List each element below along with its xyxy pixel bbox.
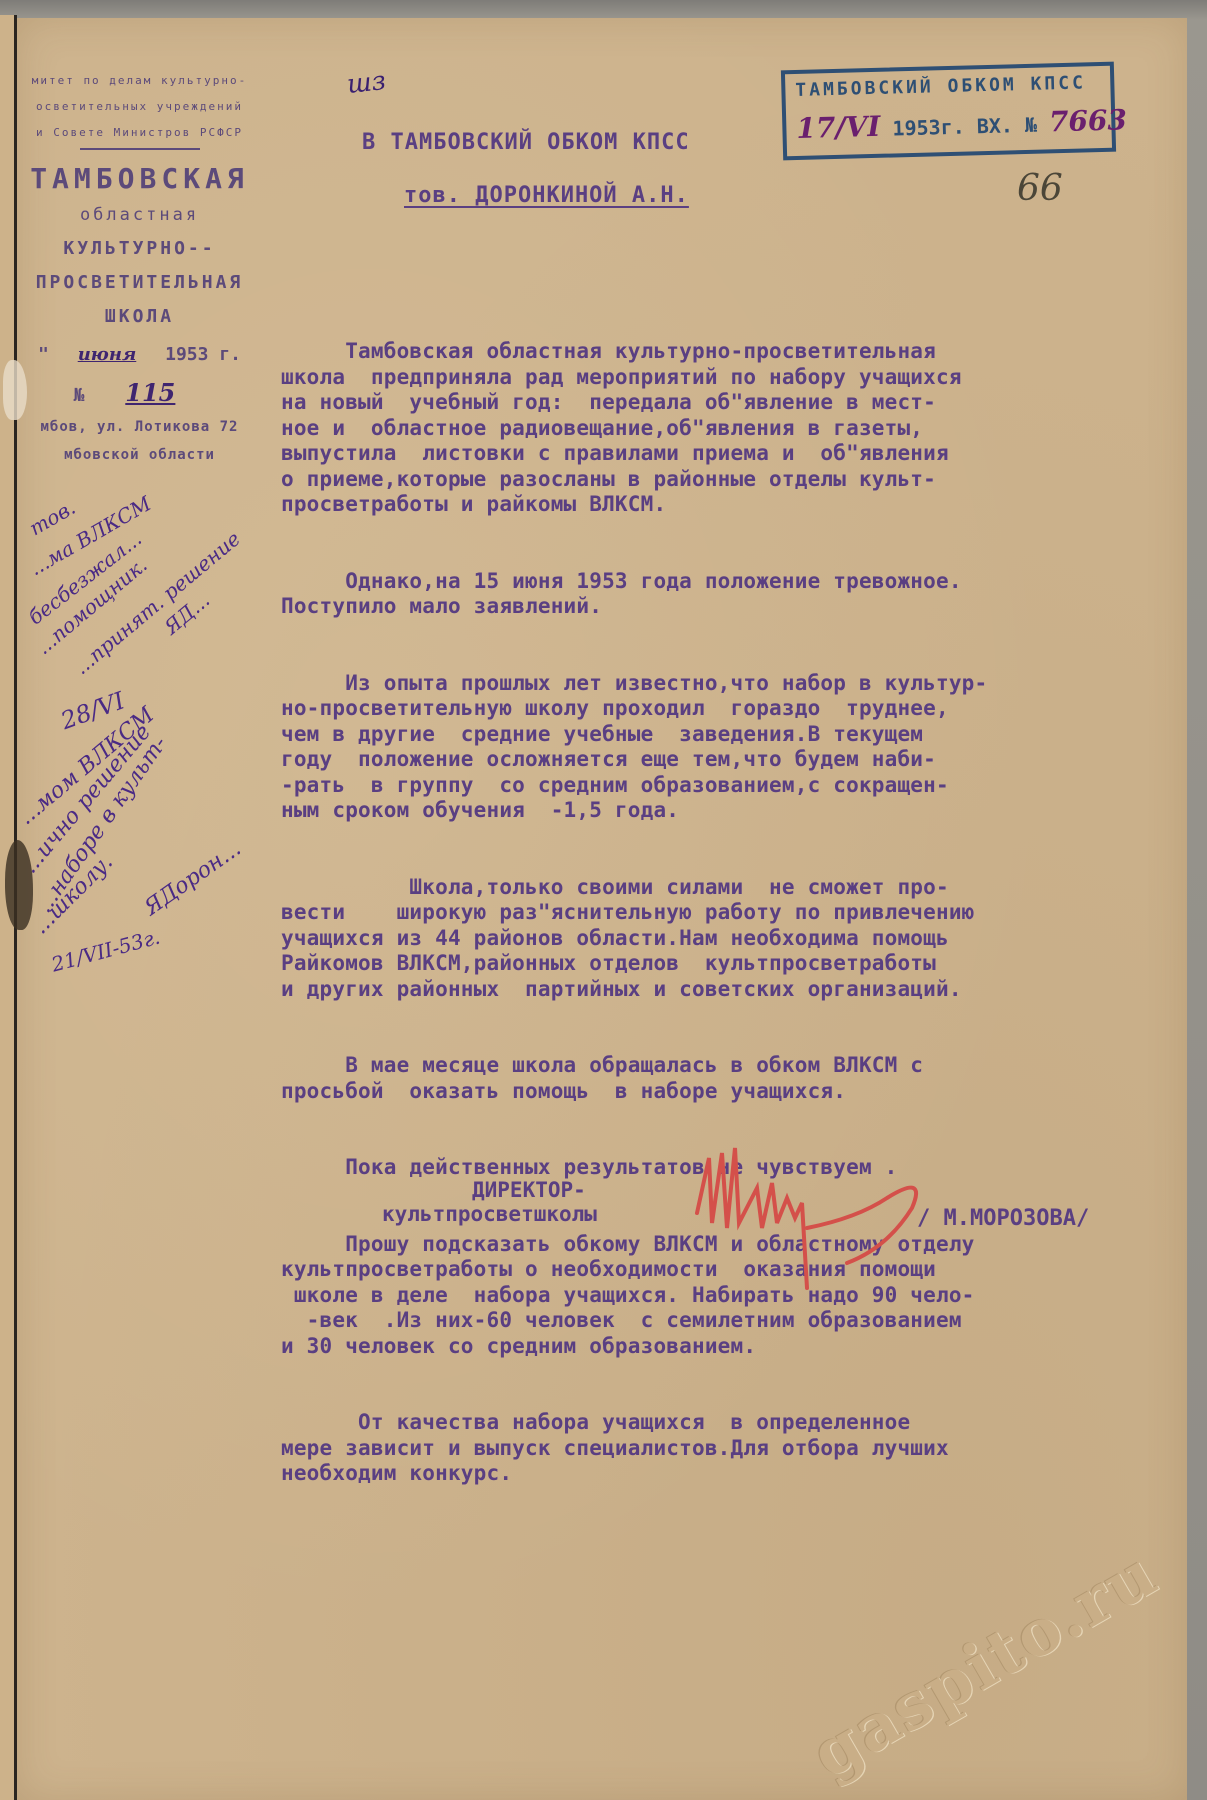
archive-page-number: 66: [1017, 168, 1063, 209]
addressee-line-1: В ТАМБОВСКИЙ ОБКОМ КПСС: [362, 130, 690, 155]
stamp-org-line: ШКОЛА: [17, 300, 262, 334]
embossed-watermark: gaspito.ru: [800, 1536, 1171, 1793]
incoming-label: ВХ. №: [976, 113, 1037, 139]
paragraph: От качества набора учащихся в определенн…: [281, 1410, 1201, 1487]
addressee-line-2: тов. ДОРОНКИНОЙ А.Н.: [404, 183, 689, 208]
margin-note-line: ЯДорон...: [140, 836, 246, 921]
outgoing-number-handwritten: 115: [95, 378, 205, 407]
stamp-line: и Совете Министров РСФСР: [17, 120, 262, 146]
letter-body: Тамбовская областная культурно-просветит…: [281, 288, 1201, 1538]
date-month-handwritten: июня: [60, 344, 155, 365]
stamp-address: мбов, ул. Лотикова 72: [17, 413, 262, 441]
margin-note-date: 21/VII-53г.: [49, 925, 163, 977]
stamp-date: " июня 1953 г.: [17, 338, 262, 372]
signature-block: ДИРЕКТОР- культпросветшколы: [382, 1178, 597, 1226]
stamp-divider: [80, 148, 200, 150]
stamp-org-line: областная: [17, 198, 262, 232]
paragraph: Однако,на 15 июня 1953 года положение тр…: [281, 569, 1201, 620]
stamp-address: мбовской области: [17, 441, 262, 469]
registration-stamp-details: 17/VI 1953г. ВХ. № 7663: [796, 103, 1127, 145]
incoming-number-handwritten: 7663: [1049, 103, 1128, 138]
stamp-line: митет по делам культурно-: [17, 68, 262, 94]
registration-stamp: ТАМБОВСКИЙ ОБКОМ КПСС 17/VI 1953г. ВХ. №…: [781, 62, 1116, 161]
handwritten-corner-mark: шз: [346, 66, 388, 100]
paragraph: Школа,только своими силами не сможет про…: [281, 875, 1201, 1003]
stamp-number: № 115: [17, 376, 262, 413]
document-page: митет по делам культурно- осветительных …: [17, 18, 1187, 1800]
signatory-title-line-1: ДИРЕКТОР-: [382, 1178, 597, 1202]
paragraph: В мае месяце школа обращалась в обком ВЛ…: [281, 1053, 1201, 1104]
stamp-org-name: ТАМБОВСКАЯ: [17, 160, 262, 198]
registration-date-handwritten: 17/VI: [796, 110, 881, 145]
registration-year: 1953г.: [892, 115, 965, 141]
number-label: №: [74, 385, 85, 406]
stamp-org-line: ПРОСВЕТИТЕЛЬНАЯ: [17, 266, 262, 300]
date-year: 1953 г.: [165, 344, 241, 365]
signatory-name: / М.МОРОЗОВА/: [917, 1206, 1089, 1231]
stamp-line: осветительных учреждений: [17, 94, 262, 120]
sender-stamp: митет по делам культурно- осветительных …: [17, 68, 262, 469]
signatory-title-line-2: культпросветшколы: [382, 1202, 597, 1226]
stamp-org-line: КУЛЬТУРНО--: [17, 232, 262, 266]
paragraph: Из опыта прошлых лет известно,что набор …: [281, 671, 1201, 824]
date-quote: ": [38, 344, 49, 365]
paragraph: Тамбовская областная культурно-просветит…: [281, 339, 1201, 518]
registration-stamp-title: ТАМБОВСКИЙ ОБКОМ КПСС: [795, 72, 1086, 101]
